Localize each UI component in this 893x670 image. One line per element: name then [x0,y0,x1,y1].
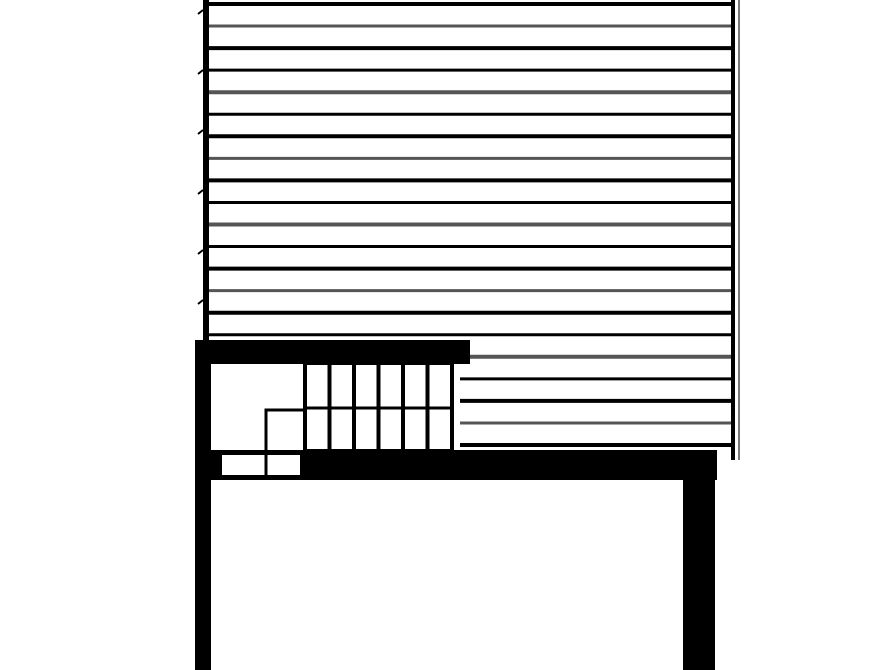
floor-plan-canvas [0,0,893,670]
landing [222,455,300,475]
stair-run [305,364,452,450]
striped-area [209,4,731,445]
lower-room [211,480,683,670]
wall-ticks [198,10,203,304]
